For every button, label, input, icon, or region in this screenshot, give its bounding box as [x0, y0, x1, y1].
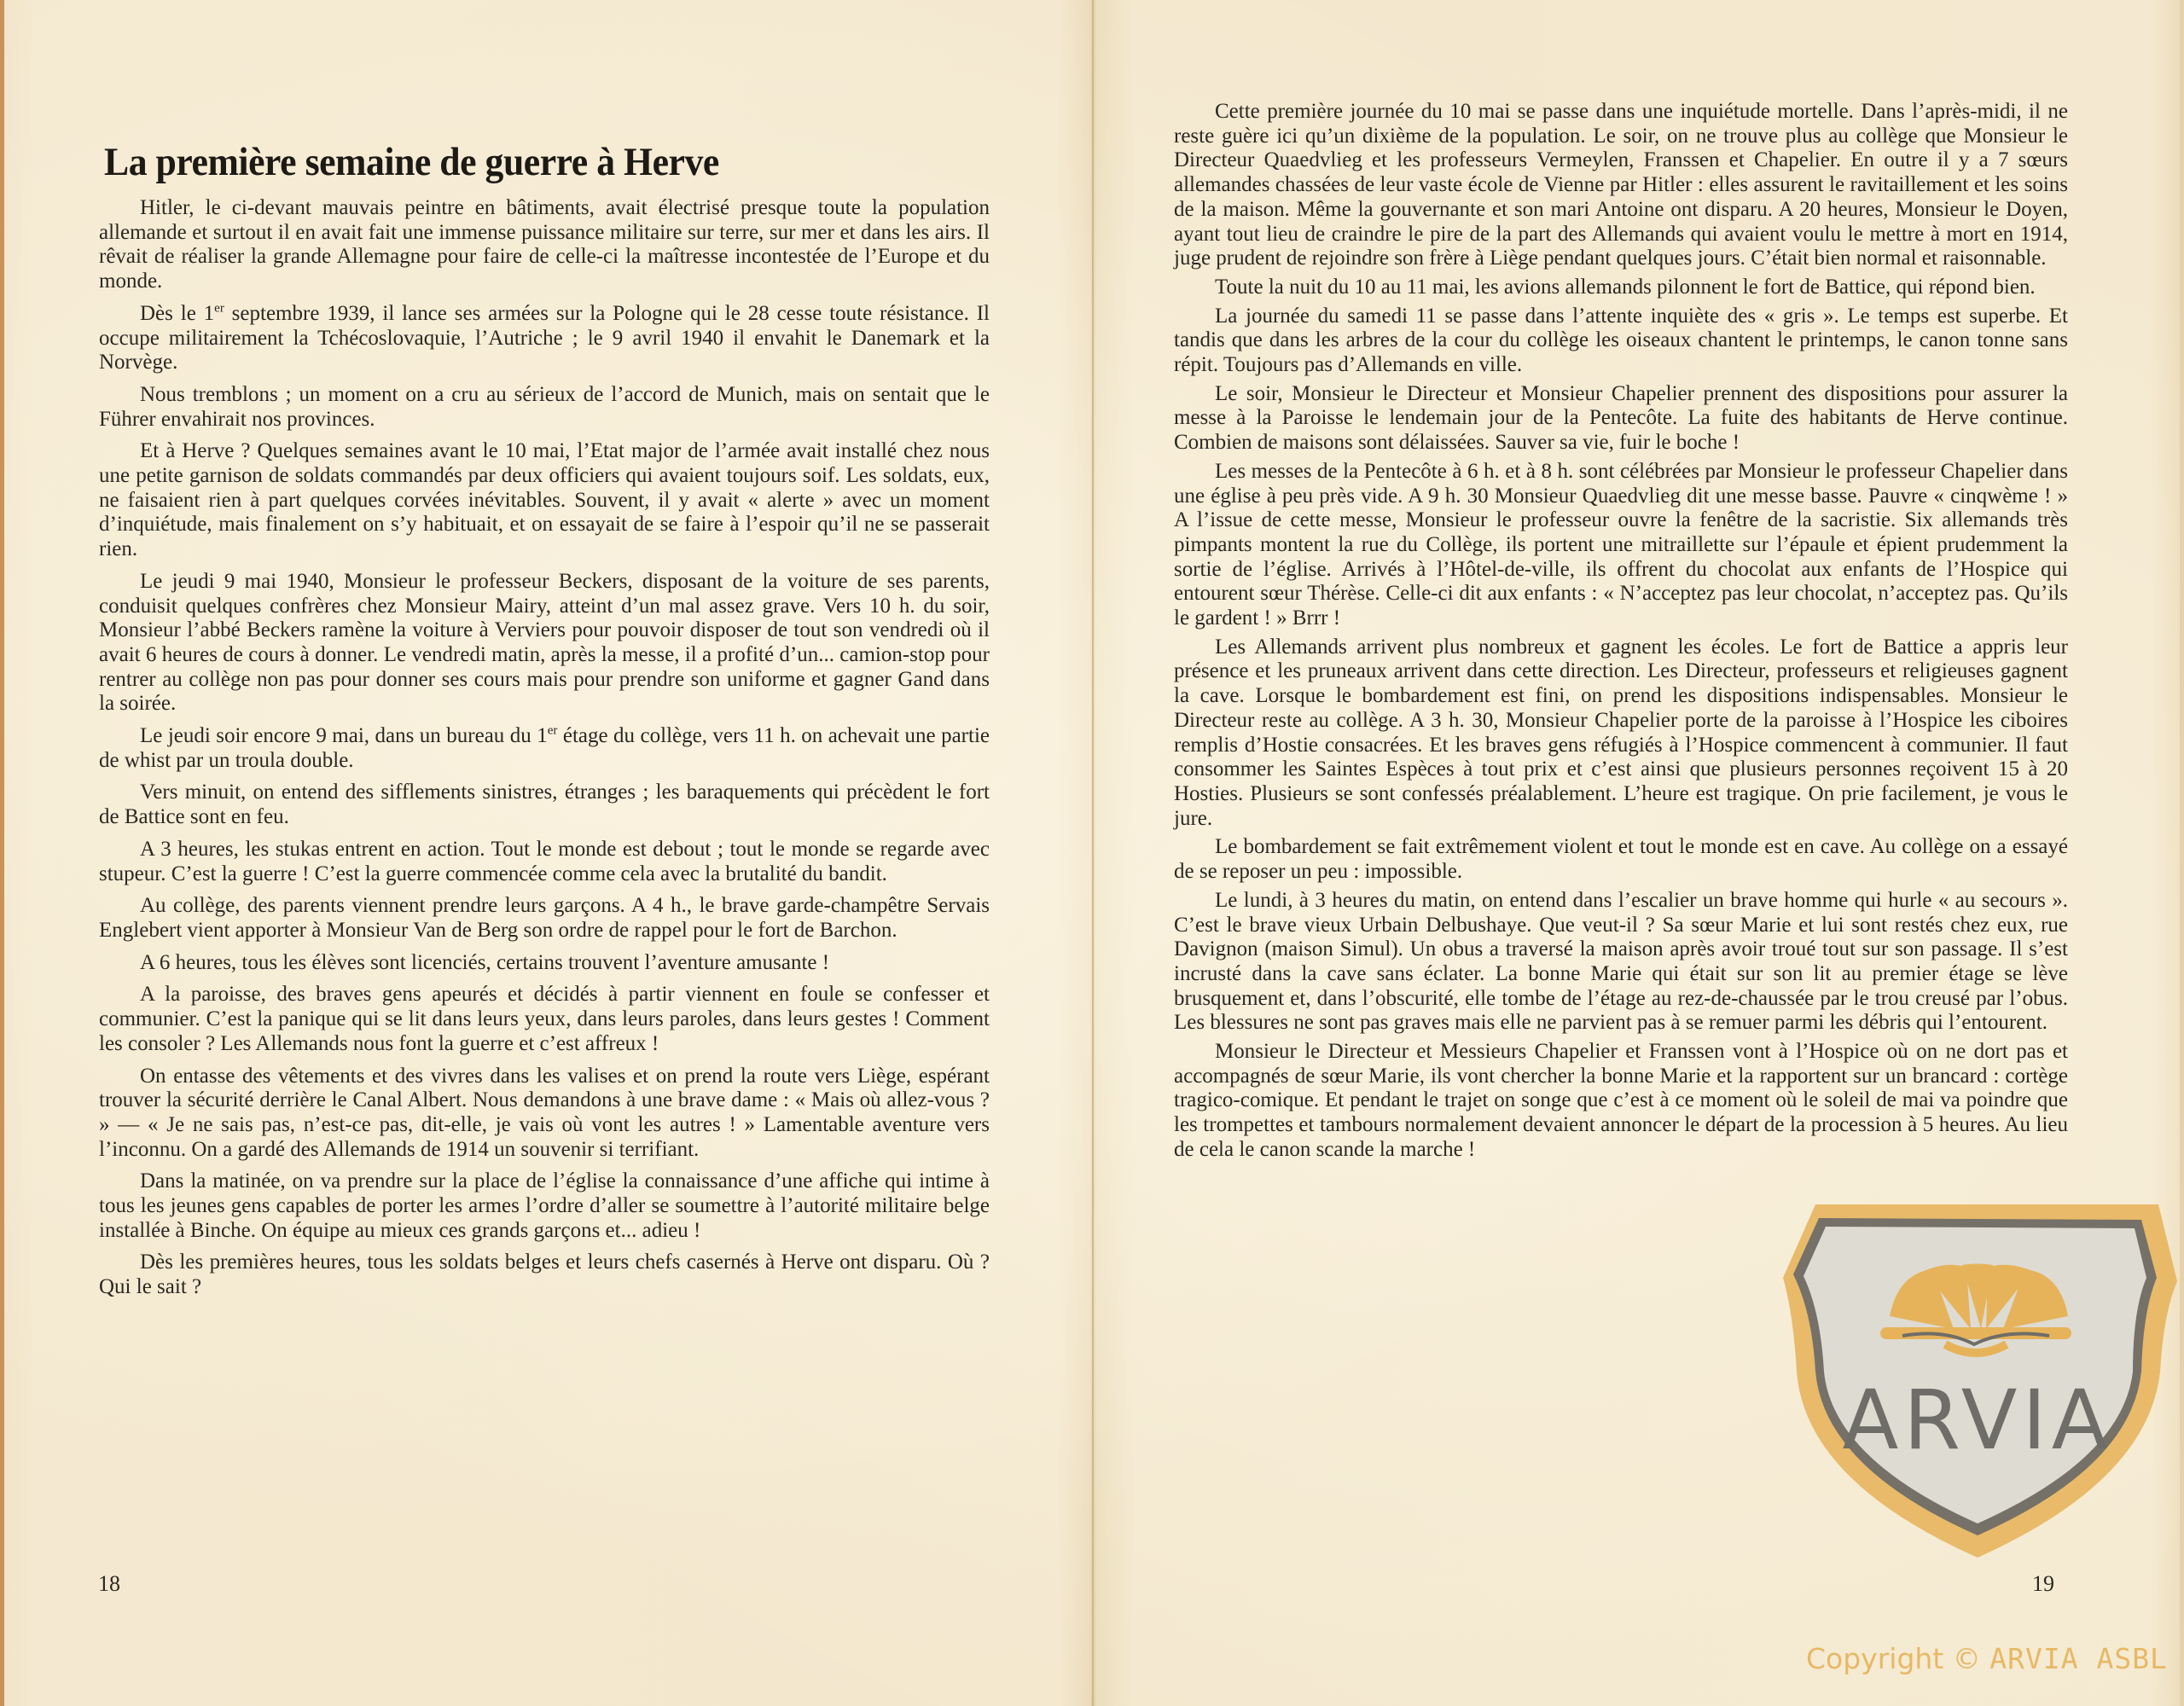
open-book-icon: [1880, 1264, 2071, 1354]
svg-text:ARVIA: ARVIA: [1843, 1372, 2113, 1468]
paragraph: Dès les premières heures, tous les solda…: [99, 1250, 990, 1299]
paragraph: A 3 heures, les stukas entrent en action…: [99, 838, 990, 886]
paragraph: On entasse des vêtements et des vivres d…: [99, 1065, 990, 1163]
right-page-edge: [2180, 0, 2184, 1706]
book-spread: La première semaine de guerre à Herve Hi…: [0, 0, 2184, 1706]
paragraph: Dès le 1er septembre 1939, il lance ses …: [99, 302, 990, 375]
paragraph: Vers minuit, on entend des sifflements s…: [99, 780, 990, 829]
copyright-notice: Copyright © ARVIA ASBL: [1806, 1642, 2168, 1675]
arvia-shield-watermark: ARVIA: [1783, 1192, 2177, 1559]
left-page-text: Hitler, le ci-devant mauvais peintre en …: [99, 196, 990, 1308]
left-page-edge: [0, 0, 4, 1706]
paragraph: Monsieur le Directeur et Messieurs Chape…: [1174, 1040, 2068, 1163]
paragraph: La journée du samedi 11 se passe dans l’…: [1174, 305, 2068, 378]
paragraph: Le jeudi soir encore 9 mai, dans un bure…: [99, 724, 990, 773]
copyright-symbol: ©: [1953, 1642, 1981, 1675]
paragraph: Dans la matinée, on va prendre sur la pl…: [99, 1169, 990, 1243]
paragraph: A la paroisse, des braves gens apeurés e…: [99, 983, 990, 1056]
paragraph: Les messes de la Pentecôte à 6 h. et à 8…: [1174, 460, 2068, 631]
paragraph: Hitler, le ci-devant mauvais peintre en …: [99, 196, 990, 294]
copyright-label: Copyright: [1806, 1642, 1943, 1675]
paragraph: Le jeudi 9 mai 1940, Monsieur le profess…: [99, 570, 990, 717]
copyright-owner: ARVIA ASBL: [1989, 1642, 2168, 1675]
paragraph: Toute la nuit du 10 au 11 mai, les avion…: [1174, 276, 2068, 300]
right-page-text: Cette première journée du 10 mai se pass…: [1174, 100, 2068, 1167]
paragraph: Au collège, des parents viennent prendre…: [99, 894, 990, 943]
paragraph: Les Allemands arrivent plus nombreux et …: [1174, 635, 2068, 832]
paragraph: Le lundi, à 3 heures du matin, on entend…: [1174, 889, 2068, 1036]
paragraph: Le bombardement se fait extrêmement viol…: [1174, 835, 2068, 884]
page-number-right: 19: [2032, 1571, 2054, 1597]
book-gutter: [1092, 0, 1094, 1706]
page-title: La première semaine de guerre à Herve: [104, 139, 938, 185]
paragraph: Et à Herve ? Quelques semaines avant le …: [99, 439, 990, 562]
paragraph: Nous tremblons ; un moment on a cru au s…: [99, 383, 990, 432]
paragraph: Cette première journée du 10 mai se pass…: [1174, 100, 2068, 271]
paragraph: A 6 heures, tous les élèves sont licenci…: [99, 951, 990, 976]
page-number-left: 18: [98, 1571, 120, 1597]
paragraph: Le soir, Monsieur le Directeur et Monsie…: [1174, 382, 2068, 456]
